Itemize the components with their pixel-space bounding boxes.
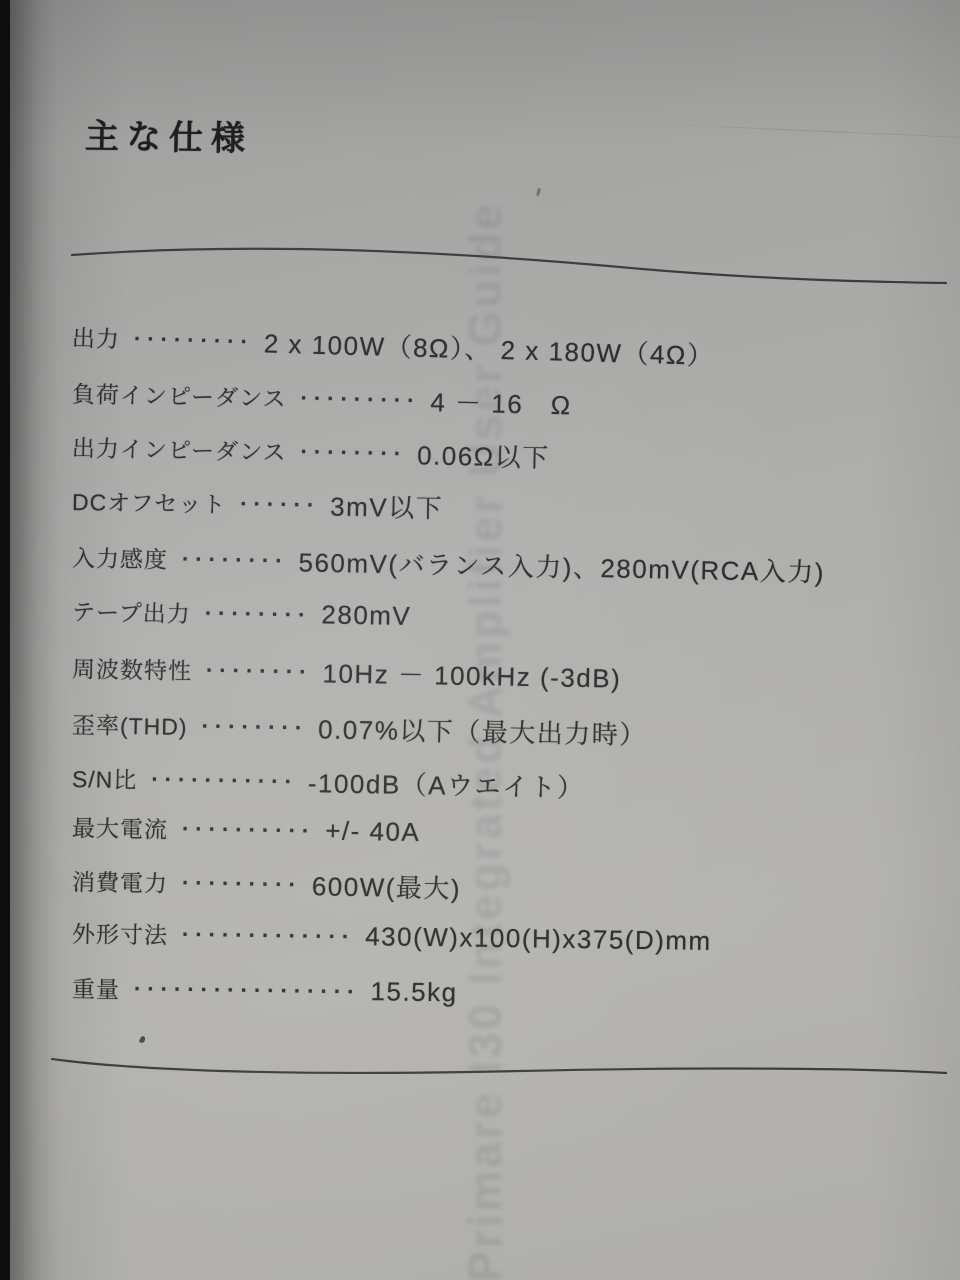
spec-label: 周波数特性	[72, 651, 193, 686]
spec-value: 600W(最大)	[312, 866, 462, 906]
spec-row: DCオフセット ······ 3mV以下	[72, 482, 444, 525]
spec-leader-dots: ········	[205, 600, 312, 628]
spec-row: テープ出力 ········ 280mV	[72, 594, 412, 633]
spec-value: 0.06Ω以下	[417, 435, 550, 475]
spec-value: 4 － 16 Ω	[430, 382, 572, 422]
spec-leader-dots: ········	[182, 546, 289, 574]
spec-value: 10Hz － 100kHz (-3dB)	[322, 653, 621, 695]
bottom-rule	[52, 1059, 946, 1073]
spec-leader-dots: ······	[240, 490, 320, 517]
page-curl-shadow	[10, 0, 72, 1280]
spec-leader-dots: ··········	[182, 815, 316, 843]
spec-leader-dots: ·········	[134, 325, 255, 354]
spec-label: 出力	[72, 320, 121, 354]
spec-label: テープ出力	[72, 594, 191, 629]
spec-leader-dots: ···········	[151, 766, 298, 795]
spec-row: 消費電力 ········· 600W(最大)	[72, 862, 462, 906]
spec-leader-dots: ·············	[182, 921, 356, 949]
spec-value: 280mV	[321, 599, 411, 632]
manual-page-photo: Primare I30 Integrated Amplifier User Gu…	[0, 0, 960, 1280]
spec-label: 消費電力	[72, 864, 169, 899]
spec-value: 15.5kg	[370, 976, 458, 1008]
spec-label: DCオフセット	[72, 484, 227, 520]
spec-value: +/- 40A	[325, 815, 421, 848]
horizontal-rules	[0, 0, 960, 1280]
spec-label: 入力感度	[72, 540, 169, 575]
spec-leader-dots: ·········	[300, 385, 420, 414]
spec-leader-dots: ········	[201, 713, 308, 741]
spec-label: S/N比	[72, 761, 138, 795]
spec-value: -100dB（Aウエイト）	[308, 763, 585, 805]
spec-leader-dots: ·················	[134, 975, 361, 1004]
spec-leader-dots: ········	[206, 657, 313, 685]
spec-label: 負荷インピーダンス	[72, 376, 287, 414]
spec-label: 最大電流	[72, 810, 169, 845]
spec-value: 3mV以下	[330, 487, 444, 526]
top-rule	[72, 249, 946, 283]
spec-value: 0.07%以下（最大出力時）	[318, 709, 647, 752]
spec-label: 外形寸法	[72, 916, 168, 950]
page-left-edge	[0, 0, 10, 1280]
spec-label: 重量	[72, 971, 120, 1005]
spec-label: 歪率(THD)	[72, 707, 188, 742]
spec-leader-dots: ·········	[182, 869, 302, 897]
spec-value: 430(W)x100(H)x375(D)mm	[365, 921, 712, 957]
spec-row: 重量 ················· 15.5kg	[72, 971, 458, 1009]
spec-label: 出力インピーダンス	[72, 430, 287, 467]
spec-row: 最大電流 ·········· +/- 40A	[72, 810, 421, 849]
spec-leader-dots: ········	[300, 438, 407, 466]
